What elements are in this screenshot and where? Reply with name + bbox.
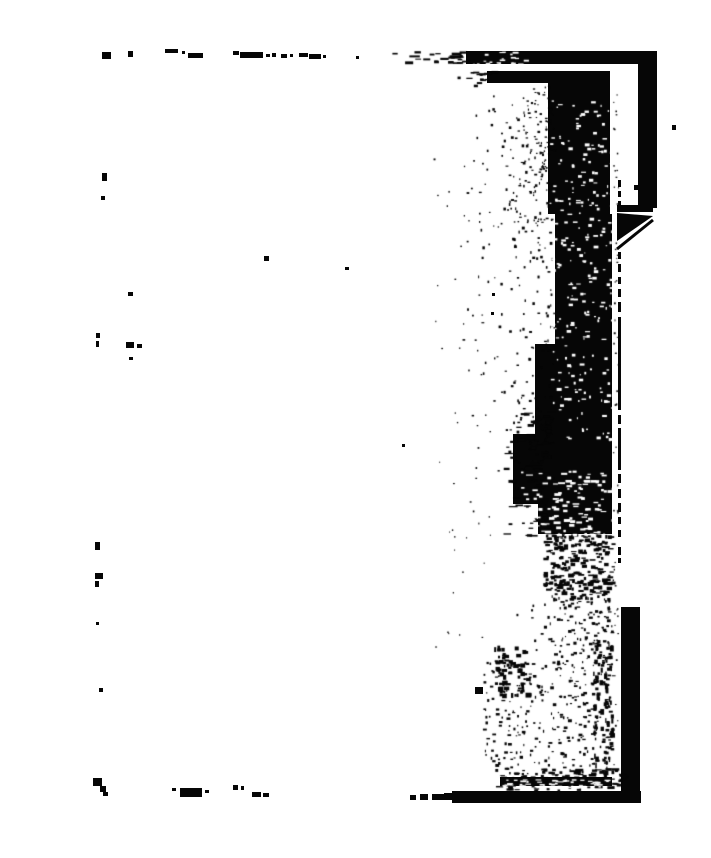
fold-triangle-shape xyxy=(617,213,653,241)
page-fold-triangle-icon xyxy=(0,0,711,858)
scanned-page xyxy=(0,0,711,858)
